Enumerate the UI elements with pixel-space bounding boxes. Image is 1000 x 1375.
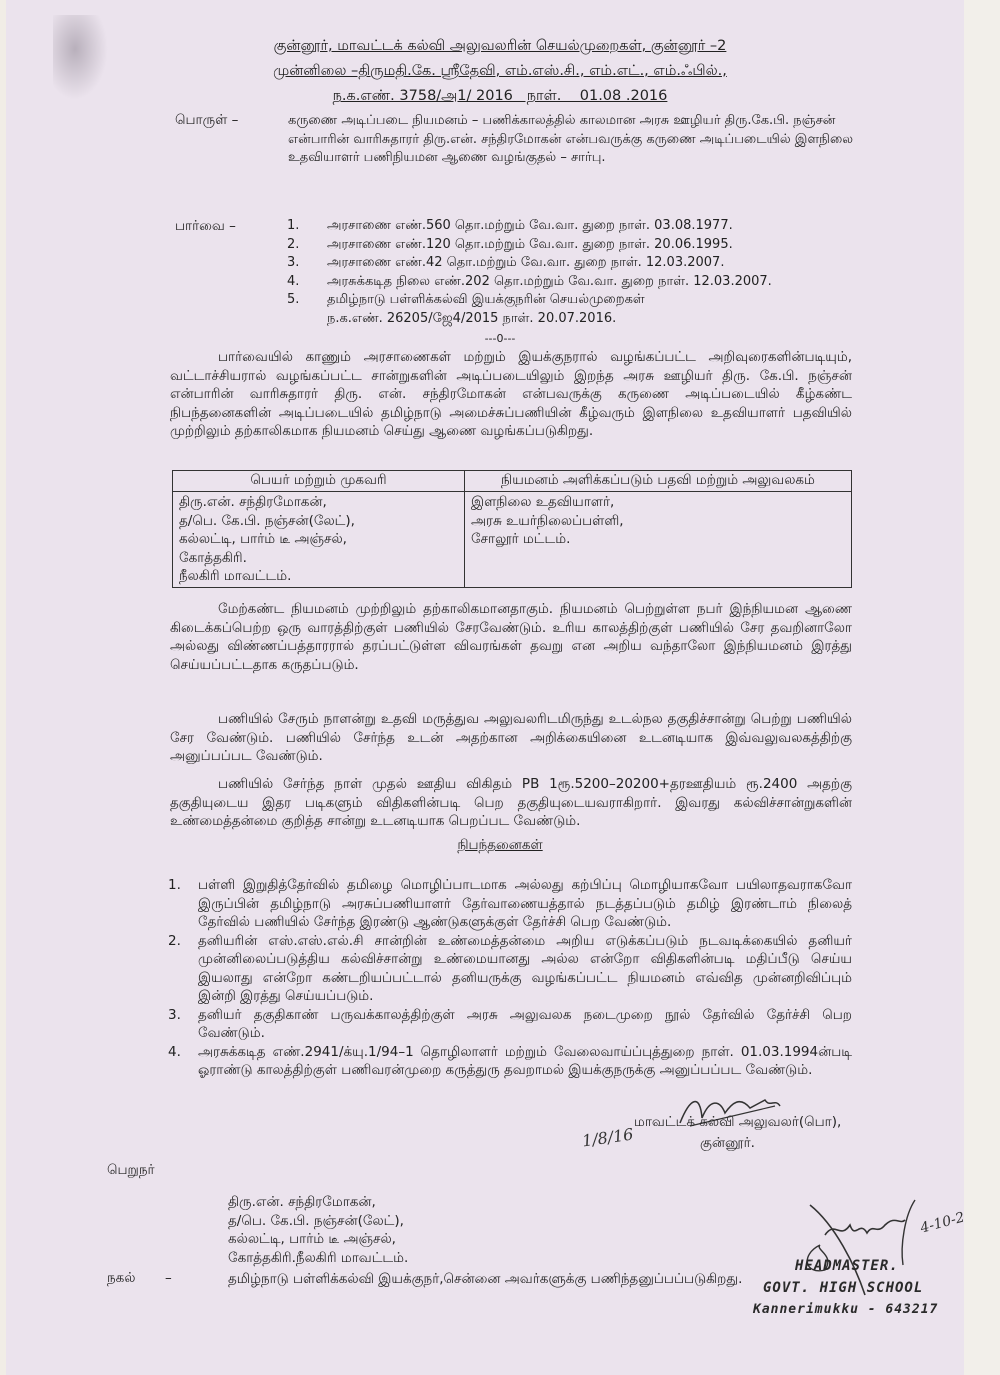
post-line: சோலூர் மட்டம்.: [471, 530, 845, 549]
reference-item: 5.தமிழ்நாடு பள்ளிக்கல்வி இயக்குநரின் செய…: [287, 291, 847, 310]
conditions-title: நிபந்தனைகள்: [0, 836, 1000, 855]
table-row: திரு.என். சந்திரமோகன், த/பெ. கே.பி. நஞ்ச…: [173, 492, 852, 588]
condition-number: 4.: [168, 1043, 198, 1080]
condition-item: 1. பள்ளி இறுதித்தேர்வில் தமிழை மொழிப்பாட…: [168, 876, 852, 932]
recipient-line: கல்லட்டி, பார்ம் டீ அஞ்சல்,: [228, 1230, 408, 1249]
copy-dash: –: [165, 1270, 172, 1286]
address-line: கோத்தகிரி.: [179, 549, 458, 568]
subject-line: என்பாரின் வாரிசுதாரர் திரு.என். சந்திரமோ…: [288, 131, 848, 150]
stamp-school: GOVT. HIGH SCHOOL: [763, 1280, 923, 1296]
reference-text: ந.க.எண். 26205/ஜே4/2015 நாள். 20.07.2016…: [327, 311, 616, 326]
reference-item-continuation: ந.க.எண். 26205/ஜே4/2015 நாள். 20.07.2016…: [287, 310, 847, 329]
subject-line: கருணை அடிப்படை நியமனம் – பணிக்காலத்தில் …: [288, 112, 848, 131]
reference-text: தமிழ்நாடு பள்ளிக்கல்வி இயக்குநரின் செயல்…: [327, 292, 645, 307]
address-line: கல்லட்டி, பார்ம் டீ அஞ்சல்,: [179, 530, 458, 549]
recipient-label: பெறுநர்: [107, 1162, 155, 1180]
condition-text: தனியர் தகுதிகாண் பருவக்காலத்திற்குள் அரச…: [198, 1006, 852, 1043]
signatory-designation: மாவட்டக் கல்வி அலுவலர்(பொ),: [634, 1113, 841, 1132]
address-line: நீலகிரி மாவட்டம்.: [179, 567, 458, 586]
reference-item: 2.அரசாணை எண்.120 தொ.மற்றும் வே.வா. துறை …: [287, 236, 847, 255]
condition-text: அரசுக்கடித எண்.2941/க்யு.1/94–1 தொழிலாளர…: [198, 1043, 852, 1080]
references-list: 1.அரசாணை எண்.560 தொ.மற்றும் வே.வா. துறை …: [287, 217, 847, 328]
body-paragraph-4: பணியில் சேர்ந்த நாள் முதல் ஊதிய விகிதம் …: [170, 775, 852, 831]
copy-label: நகல்: [107, 1270, 136, 1288]
address-line: திரு.என். சந்திரமோகன்,: [179, 493, 458, 512]
scan-edge-right: [964, 0, 1000, 1375]
header-office-line: குன்னூர், மாவட்டக் கல்வி அலுவலரின் செயல்…: [0, 38, 1000, 56]
appointment-table: பெயர் மற்றும் முகவரி நியமனம் அளிக்கப்படு…: [172, 470, 852, 588]
body-paragraph-1: பார்வையில் காணும் அரசாணைகள் மற்றும் இயக்…: [170, 348, 852, 441]
table-cell-post-office: இளநிலை உதவியாளர், அரசு உயர்நிலைப்பள்ளி, …: [464, 492, 851, 588]
condition-item: 4. அரசுக்கடித எண்.2941/க்யு.1/94–1 தொழில…: [168, 1043, 852, 1080]
copy-text: தமிழ்நாடு பள்ளிக்கல்வி இயக்குநர்,சென்னை …: [228, 1270, 742, 1289]
recipient-line: திரு.என். சந்திரமோகன்,: [228, 1193, 408, 1212]
reference-text: அரசாணை எண்.560 தொ.மற்றும் வே.வா. துறை நா…: [327, 218, 733, 233]
subject-line: உதவியாளர் பணிநியமன ஆணை வழங்குதல் – சார்ப…: [288, 149, 848, 168]
table-cell-name-address: திரு.என். சந்திரமோகன், த/பெ. கே.பி. நஞ்ச…: [173, 492, 465, 588]
reference-number: 3.: [287, 254, 327, 273]
header-reference-number: ந.க.எண். 3758/அ1/ 2016 நாள். 01.08 .2016: [0, 88, 1000, 106]
table-header-row: பெயர் மற்றும் முகவரி நியமனம் அளிக்கப்படு…: [173, 471, 852, 492]
reference-number: 4.: [287, 273, 327, 292]
reference-item: 1.அரசாணை எண்.560 தொ.மற்றும் வே.வா. துறை …: [287, 217, 847, 236]
separator: ---0---: [0, 330, 1000, 349]
subject-label: பொருள் –: [175, 112, 238, 130]
condition-text: தனியரின் எஸ்.எஸ்.எல்.சி சான்றின் உண்மைத்…: [198, 932, 852, 1006]
reference-number: 5.: [287, 291, 327, 310]
reference-item: 3.அரசாணை எண்.42 தொ.மற்றும் வே.வா. துறை ந…: [287, 254, 847, 273]
references-label: பார்வை –: [175, 218, 236, 236]
reference-item: 4.அரசுக்கடித நிலை எண்.202 தொ.மற்றும் வே.…: [287, 273, 847, 292]
condition-number: 2.: [168, 932, 198, 1006]
stamp-headmaster: HEADMASTER.: [795, 1258, 899, 1274]
signatory-place: குன்னூர்.: [700, 1134, 755, 1153]
subject-text: கருணை அடிப்படை நியமனம் – பணிக்காலத்தில் …: [288, 112, 848, 168]
recipient-line: கோத்தகிரி.நீலகிரி மாவட்டம்.: [228, 1249, 408, 1268]
stamp-address: Kannerimukku - 643217: [753, 1302, 938, 1317]
recipient-line: த/பெ. கே.பி. நஞ்சன்(லேட்),: [228, 1212, 408, 1231]
condition-number: 3.: [168, 1006, 198, 1043]
body-paragraph-3: பணியில் சேரும் நாளன்று உதவி மருத்துவ அலு…: [170, 710, 852, 766]
condition-item: 3. தனியர் தகுதிகாண் பருவக்காலத்திற்குள் …: [168, 1006, 852, 1043]
reference-text: அரசுக்கடித நிலை எண்.202 தொ.மற்றும் வே.வா…: [327, 274, 772, 289]
table-header-post-office: நியமனம் அளிக்கப்படும் பதவி மற்றும் அலுவல…: [464, 471, 851, 492]
reference-number: 1.: [287, 217, 327, 236]
reference-text: அரசாணை எண்.120 தொ.மற்றும் வே.வா. துறை நா…: [327, 237, 733, 252]
reference-text: அரசாணை எண்.42 தொ.மற்றும் வே.வா. துறை நாள…: [327, 255, 724, 270]
condition-item: 2. தனியரின் எஸ்.எஸ்.எல்.சி சான்றின் உண்ம…: [168, 932, 852, 1006]
table-header-name-address: பெயர் மற்றும் முகவரி: [173, 471, 465, 492]
conditions-list: 1. பள்ளி இறுதித்தேர்வில் தமிழை மொழிப்பாட…: [168, 876, 852, 1080]
condition-number: 1.: [168, 876, 198, 932]
post-line: அரசு உயர்நிலைப்பள்ளி,: [471, 512, 845, 531]
condition-text: பள்ளி இறுதித்தேர்வில் தமிழை மொழிப்பாடமாக…: [198, 876, 852, 932]
header-presence-line: முன்னிலை –திருமதி.கே. ஸ்ரீதேவி, எம்.எஸ்.…: [0, 63, 1000, 81]
post-line: இளநிலை உதவியாளர்,: [471, 493, 845, 512]
body-paragraph-2: மேற்கண்ட நியமனம் முற்றிலும் தற்காலிகமானத…: [170, 600, 852, 674]
recipient-address: திரு.என். சந்திரமோகன், த/பெ. கே.பி. நஞ்ச…: [228, 1193, 408, 1267]
reference-number: 2.: [287, 236, 327, 255]
address-line: த/பெ. கே.பி. நஞ்சன்(லேட்),: [179, 512, 458, 531]
